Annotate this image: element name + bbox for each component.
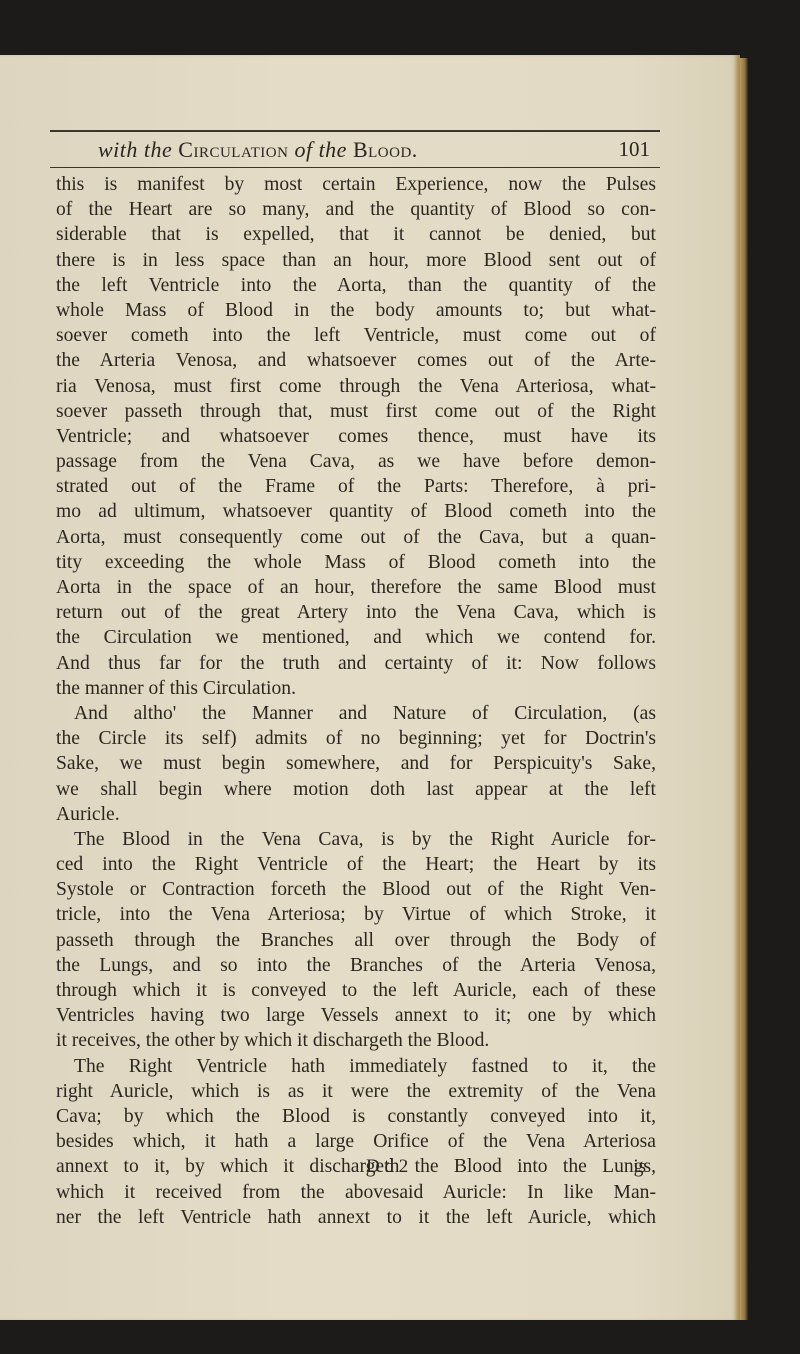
header-rule-top <box>50 130 660 132</box>
text-line: The Right Ventricle hath immediately fas… <box>56 1054 656 1079</box>
text-line: Sake, we must begin somewhere, and for P… <box>56 751 656 776</box>
text-line: of the Heart are so many, and the quanti… <box>56 197 656 222</box>
text-line: Aorta in the space of an hour, therefore… <box>56 575 656 600</box>
text-line: besides which, it hath a large Orifice o… <box>56 1129 656 1154</box>
text-line: tricle, into the Vena Arteriosa; by Virt… <box>56 902 656 927</box>
body-text: this is manifest by most certain Experie… <box>56 172 656 1230</box>
title-part-with-the: with the <box>98 137 178 162</box>
text-line: ced into the Right Ventricle of the Hear… <box>56 852 656 877</box>
text-line: Systole or Contraction forceth the Blood… <box>56 877 656 902</box>
running-title: with the Circulation of the Blood. <box>98 137 418 163</box>
text-line: the Circulation we mentioned, and which … <box>56 625 656 650</box>
text-line: soever passeth through that, must first … <box>56 399 656 424</box>
page-footer: D d 2 is <box>56 1156 656 1182</box>
text-line: return out of the great Artery into the … <box>56 600 656 625</box>
signature-mark: D d 2 <box>366 1156 408 1178</box>
title-part-of-the: of the <box>288 137 353 162</box>
page-edge <box>740 58 748 1320</box>
text-line: strated out of the Frame of the Parts: T… <box>56 474 656 499</box>
page-number: 101 <box>619 137 651 162</box>
catchword: is <box>633 1156 646 1178</box>
running-header: with the Circulation of the Blood. 101 <box>50 133 660 167</box>
text-line: it receives, the other by which it disch… <box>56 1028 656 1053</box>
text-line: whole Mass of Blood in the body amounts … <box>56 298 656 323</box>
text-line: tity exceeding the whole Mass of Blood c… <box>56 550 656 575</box>
text-line: ria Venosa, must first come through the … <box>56 374 656 399</box>
header-rule-bottom <box>50 167 660 168</box>
title-part-circulation: Circulation <box>178 137 288 162</box>
text-line: the Lungs, and so into the Branches of t… <box>56 953 656 978</box>
text-line: Aorta, must consequently come out of the… <box>56 525 656 550</box>
text-line: there is in less space than an hour, mor… <box>56 248 656 273</box>
text-line: the left Ventricle into the Aorta, than … <box>56 273 656 298</box>
text-line: passage from the Vena Cava, as we have b… <box>56 449 656 474</box>
text-line: siderable that is expelled, that it cann… <box>56 222 656 247</box>
text-line: which it received from the abovesaid Aur… <box>56 1180 656 1205</box>
text-line: soever cometh into the left Ventricle, m… <box>56 323 656 348</box>
text-line: this is manifest by most certain Experie… <box>56 172 656 197</box>
text-line: ner the left Ventricle hath annext to it… <box>56 1205 656 1230</box>
text-line: passeth through the Branches all over th… <box>56 928 656 953</box>
text-line: And thus far for the truth and certainty… <box>56 651 656 676</box>
text-line: we shall begin where motion doth last ap… <box>56 777 656 802</box>
text-line: Ventricles having two large Vessels anne… <box>56 1003 656 1028</box>
text-line: through which it is conveyed to the left… <box>56 978 656 1003</box>
text-line: The Blood in the Vena Cava, is by the Ri… <box>56 827 656 852</box>
text-line: the manner of this Circulation. <box>56 676 656 701</box>
text-line: mo ad ultimum, whatsoever quantity of Bl… <box>56 499 656 524</box>
text-line: Auricle. <box>56 802 656 827</box>
text-line: right Auricle, which is as it were the e… <box>56 1079 656 1104</box>
title-part-blood: Blood. <box>353 137 418 162</box>
text-line: Ventricle; and whatsoever comes thence, … <box>56 424 656 449</box>
text-line: the Circle its self) admits of no beginn… <box>56 726 656 751</box>
text-line: Cava; by which the Blood is constantly c… <box>56 1104 656 1129</box>
text-line: And altho' the Manner and Nature of Circ… <box>56 701 656 726</box>
text-line: the Arteria Venosa, and whatsoever comes… <box>56 348 656 373</box>
